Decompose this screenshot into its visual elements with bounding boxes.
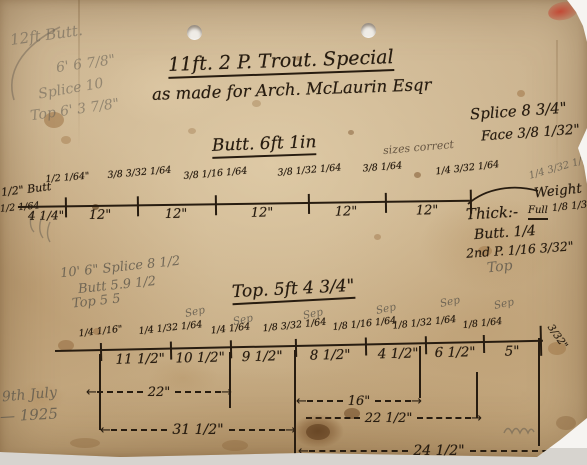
butt-tick <box>137 196 139 216</box>
butt-segment-label: 12" <box>403 204 451 218</box>
top-tick-label: 1/4 1/64 <box>202 321 259 337</box>
arrow-right-icon: → <box>411 395 422 408</box>
butt-tick <box>385 193 387 213</box>
stain <box>517 90 525 97</box>
dim-dash <box>307 400 343 402</box>
thickness-full-word: Full <box>528 206 548 220</box>
arrow-left-icon: ← <box>100 424 111 437</box>
top-tick-label: 1/4 1/16" <box>72 324 129 340</box>
butt-tick-label: 3/8 1/16 1/64 <box>177 166 254 182</box>
sep-mark: Sep <box>493 297 515 312</box>
pencil-note-mid-3: Top 5 5 <box>71 292 121 311</box>
sep-mark: Sep <box>439 295 461 310</box>
butt-tick-label: 3/8 1/32 1/64 <box>271 163 348 179</box>
stain <box>61 136 71 144</box>
dimension-16: ← 16" → <box>296 393 422 409</box>
butt-tick-label: 1/2 1/64" <box>37 171 98 186</box>
butt-heading-note: sizes correct <box>383 139 455 157</box>
dim-dash <box>375 400 411 402</box>
top-tick <box>365 337 367 355</box>
butt-tick-label: 3/8 1/64 <box>353 160 412 175</box>
punch-hole <box>361 23 376 38</box>
dim-dash <box>309 450 408 452</box>
top-segment-label: 5" <box>483 344 541 359</box>
top-segment-label: 10 1/2" <box>171 350 229 365</box>
arrow-right-icon: → <box>221 386 232 399</box>
document-title: 11ft. 2 P. Trout. Special <box>168 48 394 79</box>
paper-sheet: 12ft Butt. 6' 6 7/8" Splice 10 Top 6' 3 … <box>0 0 587 457</box>
stain <box>414 172 421 178</box>
stain <box>252 100 261 107</box>
butt-tick <box>308 194 310 214</box>
splice-note: Splice 8 3/4" <box>470 101 568 123</box>
arrow-left-icon: ← <box>86 386 97 399</box>
sep-mark: Sep <box>184 305 206 320</box>
stain <box>306 424 330 440</box>
top-segment-label: 6 1/2" <box>426 345 484 360</box>
butt-segment-label: 12" <box>322 205 370 219</box>
stain <box>348 130 354 135</box>
top-tick-label: 1/8 3/32 1/64 <box>256 317 333 335</box>
red-mark <box>546 0 579 23</box>
butt-segment-label: 12" <box>152 207 200 221</box>
dimension-label: 22" <box>143 385 176 400</box>
dim-dash <box>111 429 167 431</box>
dimension-31-half: ← 31 1/2" → <box>100 422 296 438</box>
butt-tick-label: 1/4 3/32 1/64 <box>429 159 506 178</box>
date-line-2: — 1925 <box>0 406 58 425</box>
extension-line <box>419 346 421 398</box>
top-segment-label: 11 1/2" <box>111 352 169 367</box>
butt-segment-label: 4 1/4" <box>22 209 70 222</box>
butt-segment-label: 12" <box>238 206 286 220</box>
dimension-label: 16" <box>343 394 376 409</box>
thickness-heading: Thick:- <box>466 205 519 223</box>
top-segment-label: 8 1/2" <box>301 348 359 363</box>
butt-diagram: 1/2 1/64" 3/8 3/32 1/64 3/8 1/16 1/64 3/… <box>18 182 471 234</box>
dim-dash <box>229 429 285 431</box>
arrow-left-icon: ← <box>296 395 307 408</box>
weight-label: Weight <box>533 182 582 201</box>
scanned-rod-taper-document: 12ft Butt. 6' 6 7/8" Splice 10 Top 6' 3 … <box>0 0 587 465</box>
top-segment-label: 9 1/2" <box>233 349 291 364</box>
top-diagram: 1/4 1/16" 1/4 1/32 1/64 1/4 1/64 1/8 3/3… <box>54 314 543 376</box>
red-mark <box>578 12 585 18</box>
thickness-full-value: 1/8 1/32 <box>552 200 587 215</box>
stain <box>556 416 576 430</box>
stain <box>70 438 100 448</box>
dim-dash <box>97 391 143 393</box>
top-tick-label: 1/8 1/64 <box>454 316 511 332</box>
arrow-right-icon: → <box>471 412 482 425</box>
dim-dash <box>175 391 221 393</box>
top-tick-label: 1/4 1/32 1/64 <box>132 320 209 338</box>
punch-hole <box>187 25 202 40</box>
stain <box>222 440 248 451</box>
top-heading: Top. 5ft 4 3/4" <box>232 278 356 305</box>
dimension-label: 22 1/2" <box>360 411 418 426</box>
thickness-top: Top <box>486 259 513 276</box>
dim-dash <box>417 417 471 419</box>
face-note: Face 3/8 1/32" <box>481 123 581 144</box>
butt-segment-label: 12" <box>76 209 124 223</box>
pencil-scribble <box>502 420 536 438</box>
extension-line <box>538 338 540 446</box>
dimension-label: 31 1/2" <box>167 422 228 438</box>
stain <box>374 234 381 240</box>
stain <box>188 128 196 134</box>
butt-tick-label: 3/8 3/32 1/64 <box>101 165 178 181</box>
butt-heading: Butt. 6ft 1in <box>212 134 317 158</box>
dimension-22: ← 22" → <box>86 384 232 400</box>
butt-tick <box>215 195 217 215</box>
